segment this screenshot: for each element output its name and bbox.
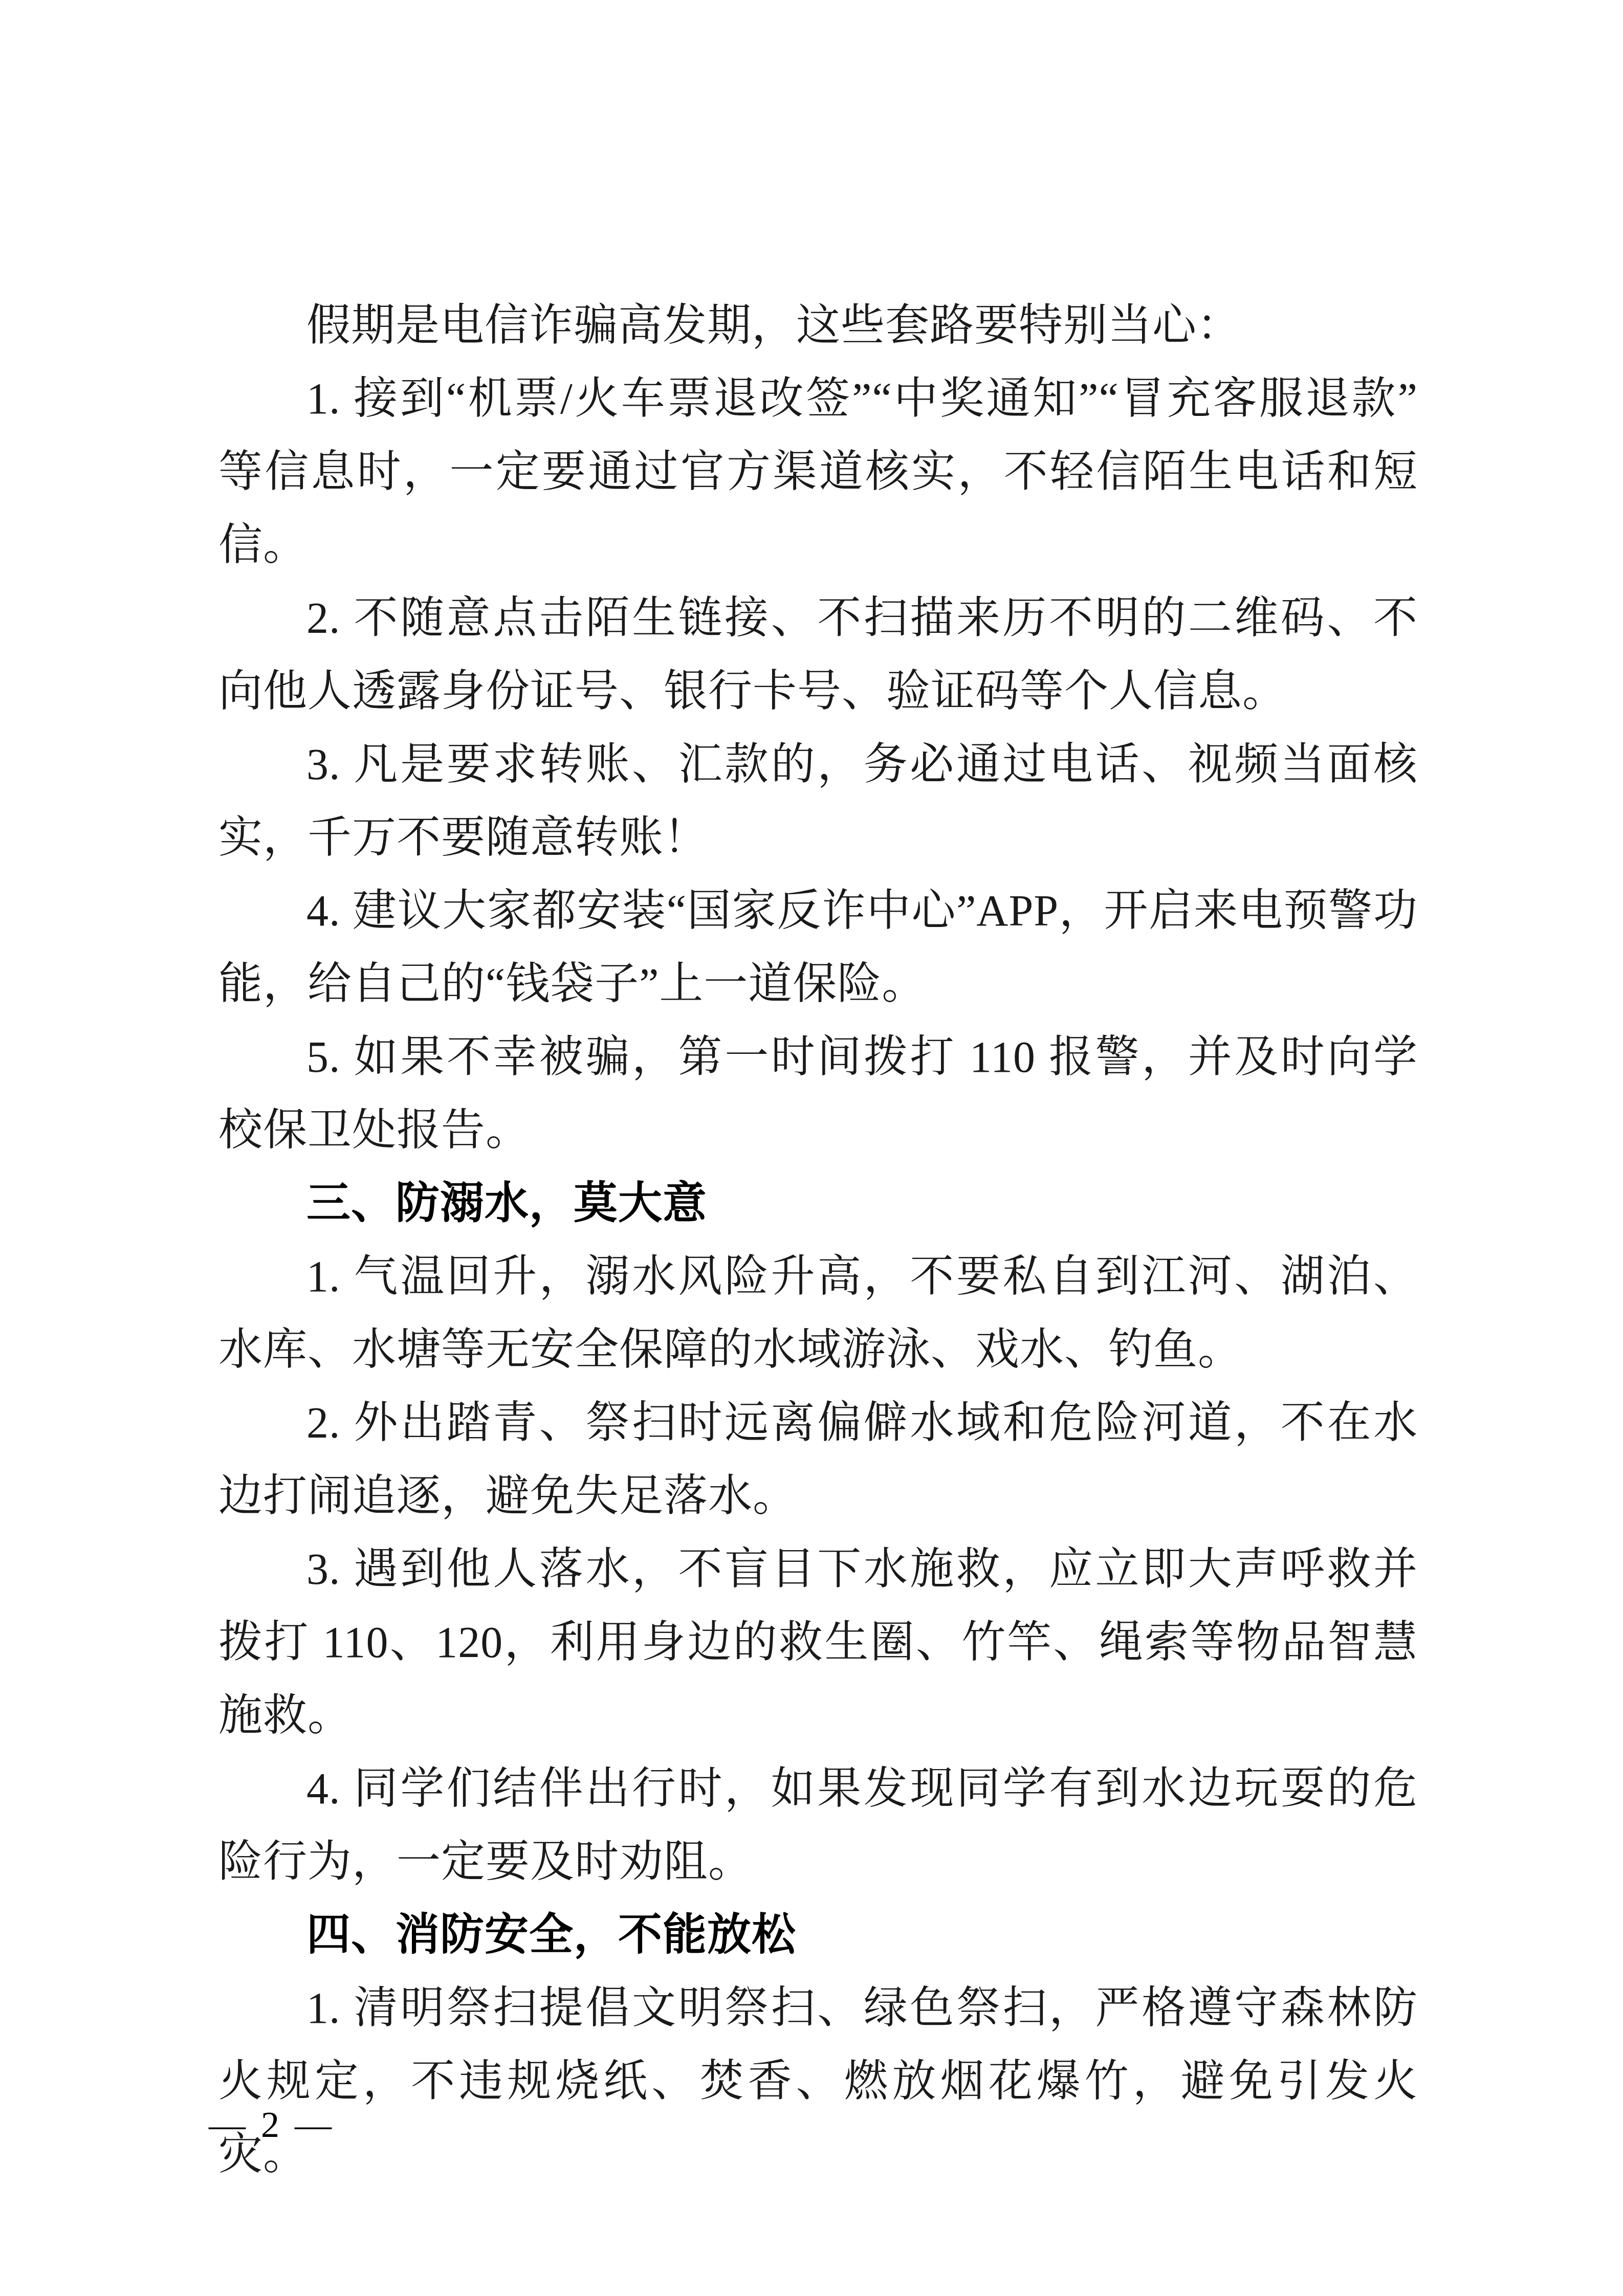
paragraph-fraud-item-4: 4. 建议大家都安装“国家反诈中心”APP，开启来电预警功能，给自己的“钱袋子”… [218,874,1418,1021]
paragraph-fraud-item-1: 1. 接到“机票/火车票退改签”“中奖通知”“冒充客服退款”等信息时，一定要通过… [218,362,1418,582]
document-page: 假期是电信诈骗高发期，这些套路要特别当心： 1. 接到“机票/火车票退改签”“中… [0,0,1623,2296]
paragraph-fraud-item-2: 2. 不随意点击陌生链接、不扫描来历不明的二维码、不向他人透露身份证号、银行卡号… [218,582,1418,728]
paragraph-fire-item-1: 1. 清明祭扫提倡文明祭扫、绿色祭扫，严格遵守森林防火规定，不违规烧纸、焚香、燃… [218,1972,1418,2191]
page-number: — 2 — [209,2104,335,2145]
document-body: 假期是电信诈骗高发期，这些套路要特别当心： 1. 接到“机票/火车票退改签”“中… [218,289,1418,2191]
paragraph-drowning-item-1: 1. 气温回升，溺水风险升高，不要私自到江河、湖泊、水库、水塘等无安全保障的水域… [218,1240,1418,1386]
page-footer: — 2 — [209,2102,335,2148]
paragraph-fraud-item-5: 5. 如果不幸被骗，第一时间拨打 110 报警，并及时向学校保卫处报告。 [218,1021,1418,1167]
paragraph-drowning-item-2: 2. 外出踏青、祭扫时远离偏僻水域和危险河道，不在水边打闹追逐，避免失足落水。 [218,1386,1418,1533]
paragraph-fraud-item-3: 3. 凡是要求转账、汇款的，务必通过电话、视频当面核实，千万不要随意转账！ [218,728,1418,874]
section-heading-drowning: 三、防溺水，莫大意 [218,1167,1418,1240]
section-heading-fire-safety: 四、消防安全，不能放松 [218,1898,1418,1972]
paragraph-intro-fraud: 假期是电信诈骗高发期，这些套路要特别当心： [218,289,1418,362]
paragraph-drowning-item-3: 3. 遇到他人落水，不盲目下水施救，应立即大声呼救并拨打 110、120，利用身… [218,1533,1418,1752]
paragraph-drowning-item-4: 4. 同学们结伴出行时，如果发现同学有到水边玩耍的危险行为，一定要及时劝阻。 [218,1752,1418,1898]
